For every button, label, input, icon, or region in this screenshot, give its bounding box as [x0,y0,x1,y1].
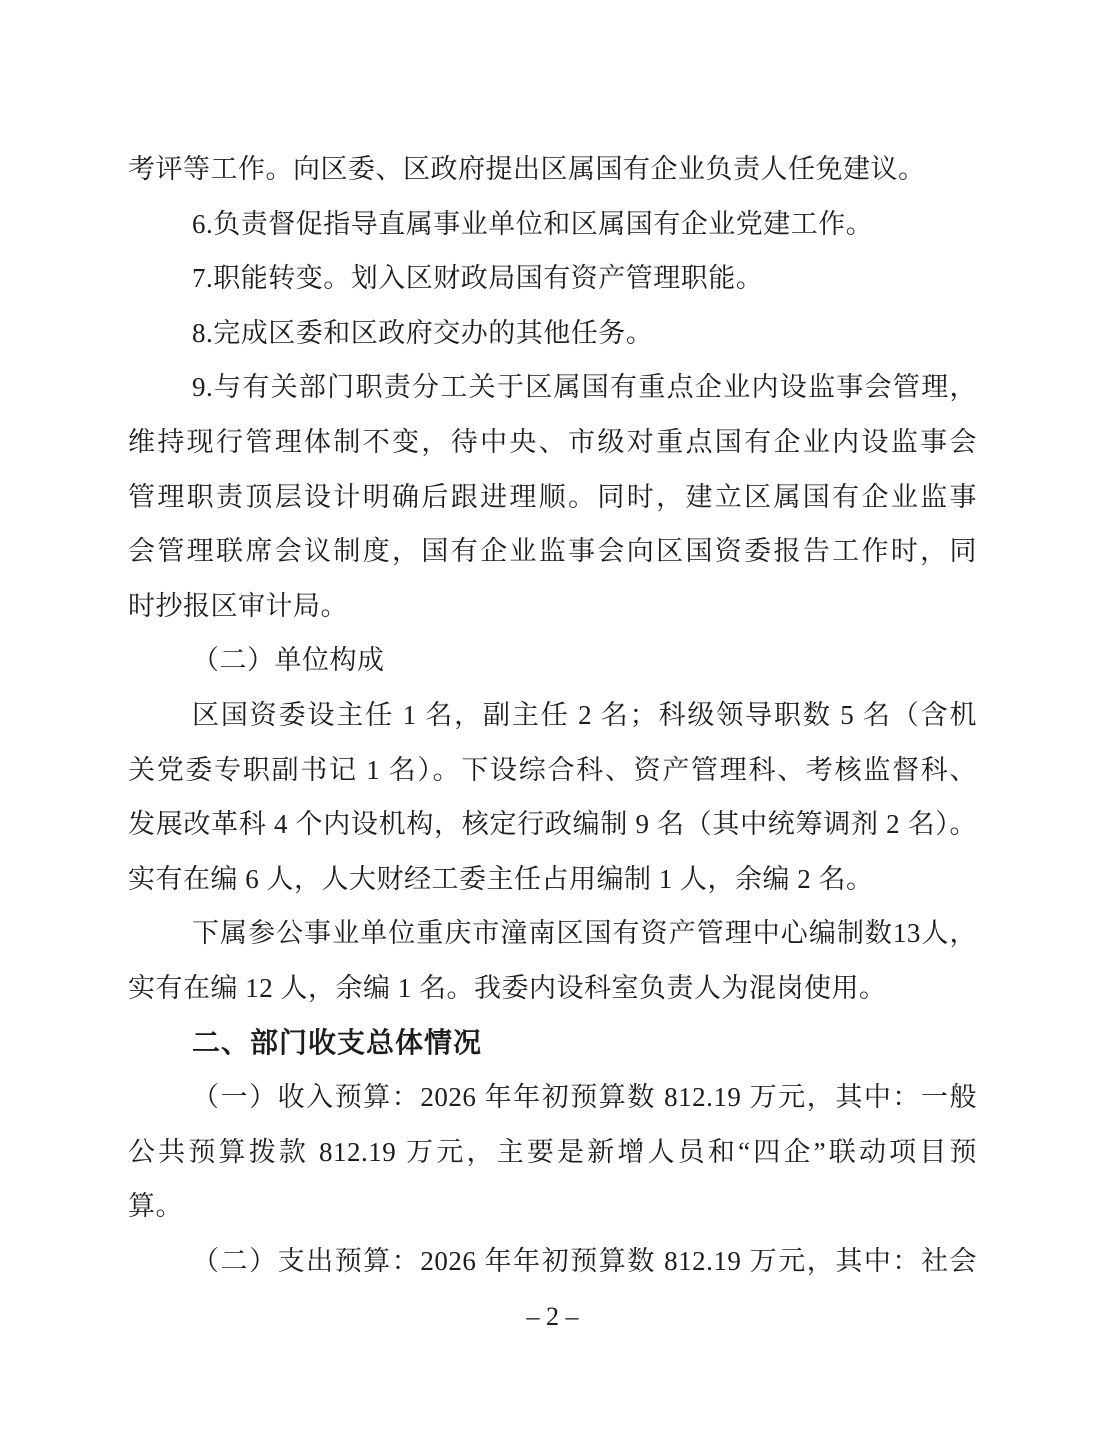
text-line: 9.与有关部门职责分工关于区属国有重点企业内设监事会管理， [128,360,977,415]
document-page: 考评等工作。向区委、区政府提出区属国有企业负责人任免建议。 6.负责督促指导直属… [0,0,1105,1430]
text-line: 实有在编 6 人，人大财经工委主任占用编制 1 人，余编 2 名。 [128,852,977,907]
text-line: 8.完成区委和区政府交办的其他任务。 [128,306,977,361]
text-line: 下属参公事业单位重庆市潼南区国有资产管理中心编制数13人， [128,906,977,961]
section-subheading: （二）单位构成 [128,633,977,688]
text-line: 关党委专职副书记 1 名）。下设综合科、资产管理科、考核监督科、 [128,743,977,798]
text-line: （一）收入预算：2026 年年初预算数 812.19 万元，其中：一般 [128,1070,977,1125]
text-line: 7.职能转变。划入区财政局国有资产管理职能。 [128,251,977,306]
text-line: 会管理联席会议制度，国有企业监事会向区国资委报告工作时，同 [128,524,977,579]
text-line: 6.负责督促指导直属事业单位和区属国有企业党建工作。 [128,197,977,252]
page-number: – 2 – [0,1302,1105,1332]
document-body: 考评等工作。向区委、区政府提出区属国有企业负责人任免建议。 6.负责督促指导直属… [128,142,977,1288]
text-line: 发展改革科 4 个内设机构，核定行政编制 9 名（其中统筹调剂 2 名）。 [128,797,977,852]
text-line: （二）支出预算：2026 年年初预算数 812.19 万元，其中：社会 [128,1234,977,1289]
text-line: 算。 [128,1179,977,1234]
text-line: 区国资委设主任 1 名，副主任 2 名；科级领导职数 5 名（含机 [128,688,977,743]
section-heading: 二、部门收支总体情况 [128,1016,977,1071]
text-line: 管理职责顶层设计明确后跟进理顺。同时，建立区属国有企业监事 [128,470,977,525]
text-line: 公共预算拨款 812.19 万元，主要是新增人员和“四企”联动项目预 [128,1125,977,1180]
text-line: 考评等工作。向区委、区政府提出区属国有企业负责人任免建议。 [128,142,977,197]
text-line: 实有在编 12 人，余编 1 名。我委内设科室负责人为混岗使用。 [128,961,977,1016]
text-line: 维持现行管理体制不变，待中央、市级对重点国有企业内设监事会 [128,415,977,470]
text-line: 时抄报区审计局。 [128,579,977,634]
